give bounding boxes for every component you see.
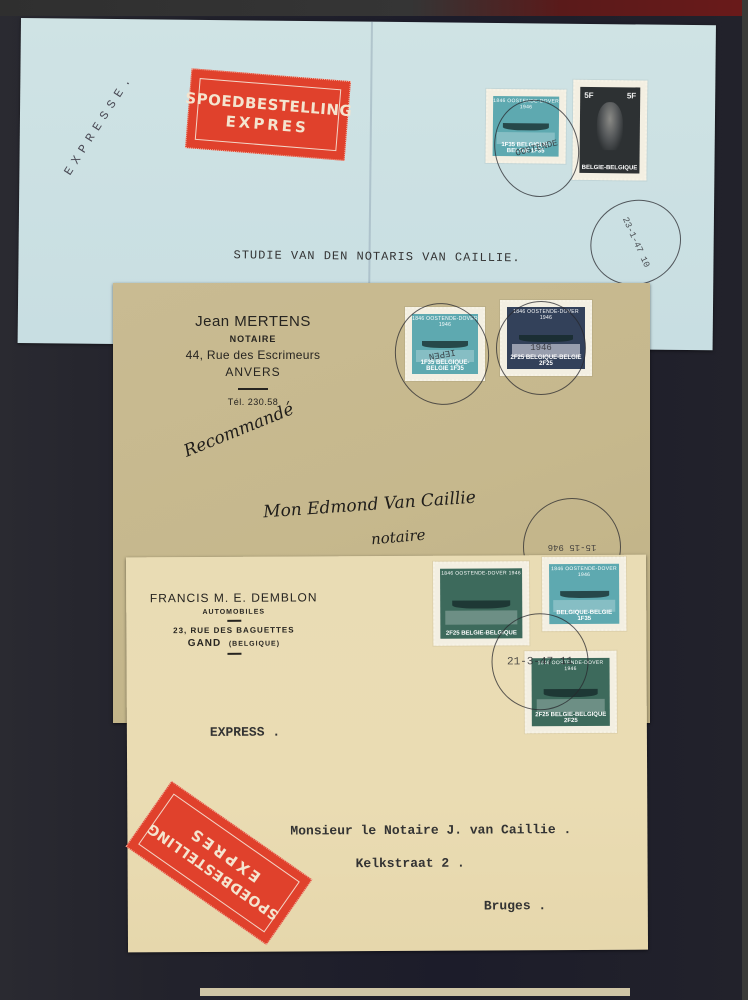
letterhead-address: 44, Rue des Escrimeurs [143, 348, 363, 362]
letterhead-country: (BELGIQUE) [229, 641, 280, 648]
handwritten-address-line2: notaire [370, 526, 426, 549]
handwritten-address-line1: Mon Edmond Van Caillie [263, 488, 477, 523]
letterhead-mertens: Jean MERTENS NOTAIRE 44, Rue des Escrime… [143, 313, 363, 407]
letterhead-city: GAND (BELGIQUE) [146, 637, 321, 649]
letterhead-phone: Tél. 230.58 [143, 397, 363, 407]
letterhead-title: NOTAIRE [143, 334, 363, 344]
handwritten-recommande: Recommandé [181, 399, 297, 461]
typed-express: EXPRESS . [210, 725, 280, 740]
letterhead-title: AUTOMOBILES [146, 608, 321, 616]
letterhead-name: FRANCIS M. E. DEMBLON [146, 590, 321, 605]
divider [238, 388, 268, 390]
letterhead-city: ANVERS [143, 365, 363, 379]
ship-icon [560, 591, 609, 598]
letterhead-name: Jean MERTENS [143, 313, 363, 330]
letterhead-demblon: FRANCIS M. E. DEMBLON AUTOMOBILES 23, RU… [146, 590, 321, 659]
sender-line: STUDIE VAN DEN NOTARIS VAN CAILLIE. [233, 248, 520, 265]
stamp-king-leopold-5f: 5F 5F BELGIE-BELGIQUE [572, 80, 647, 181]
recipient-line2: Kelkstraat 2 . [356, 856, 465, 872]
expresse-typed-text: EXPRESSE. [61, 70, 137, 178]
divider [227, 653, 241, 655]
recipient-line1: Monsieur le Notaire J. van Caillie . [290, 822, 571, 838]
album-top-edge [0, 0, 748, 16]
express-label: SPOEDBESTELLING EXPRES [185, 68, 351, 161]
postmark-second: 1946 [496, 301, 586, 395]
divider [227, 620, 241, 622]
underlying-envelope-edge [200, 988, 630, 996]
letterhead-address: 23, RUE DES BAGUETTES [146, 625, 321, 635]
recipient-line3: Bruges . [484, 898, 546, 913]
ship-icon [452, 600, 509, 609]
portrait-icon [596, 103, 623, 151]
postmark-gent: 21-3-47 11 [491, 613, 589, 711]
album-right-edge [742, 0, 748, 1000]
